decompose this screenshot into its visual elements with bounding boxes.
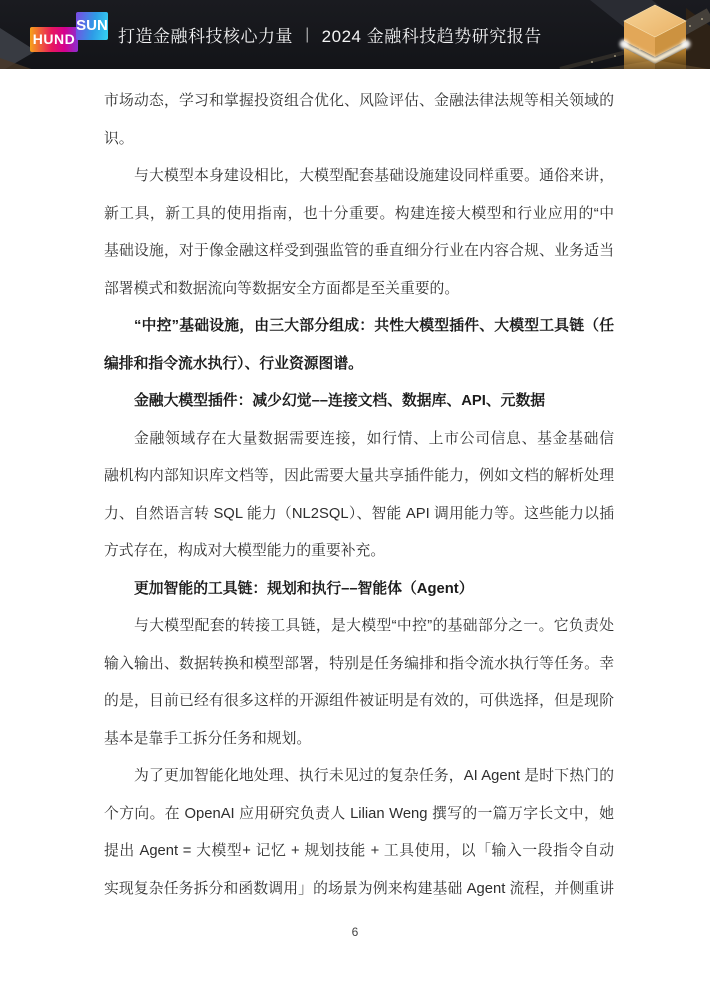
text-line: 部署模式和数据流向等数据安全方面都是至关重要的。 <box>104 271 614 309</box>
text-line: 与大模型本身建设相比，大模型配套基础设施建设同样重要。通俗来讲，有了 <box>104 158 614 196</box>
page-number: 6 <box>0 925 710 939</box>
hundsun-logo-hund-block: HUND <box>30 27 78 52</box>
header-title: 打造金融科技核心力量 | 2024 金融科技趋势研究报告 <box>118 0 542 69</box>
text-line: 力、自然语言转 SQL 能力（NL2SQL）、智能 API 调用能力等。这些能力… <box>104 496 614 534</box>
header-title-report-name: 2024 金融科技趋势研究报告 <box>322 22 542 47</box>
text-line: 基本是靠手工拆分任务和规划。 <box>104 721 614 759</box>
heading-line: 编排和指令流水执行）、行业资源图谱。 <box>104 346 614 384</box>
text-line: 个方向。在 OpenAI 应用研究负责人 Lilian Weng 撰写的一篇万字… <box>104 796 614 834</box>
text-line: 提出 Agent = 大模型+ 记忆 + 规划技能 + 工具使用，以「输入一段指… <box>104 833 614 871</box>
document-page: HUND SUN 打造金融科技核心力量 | 2024 金融科技趋势研究报告 市场… <box>0 0 710 1004</box>
text-line: 方式存在，构成对大模型能力的重要补充。 <box>104 533 614 571</box>
text-line: 基础设施，对于像金融这样受到强监管的垂直细分行业在内容合规、业务适当性、 <box>104 233 614 271</box>
text-line: 识。 <box>104 121 614 159</box>
report-header: HUND SUN 打造金融科技核心力量 | 2024 金融科技趋势研究报告 <box>0 0 710 69</box>
hundsun-logo-sun-block: SUN <box>76 12 108 40</box>
heading-line: “中控”基础设施，由三大部分组成：共性大模型插件、大模型工具链（任务 <box>104 308 614 346</box>
page-body: 市场动态，学习和掌握投资组合优化、风险评估、金融法律法规等相关领域的知识。与大模… <box>0 83 710 939</box>
text-line: 的是，目前已经有很多这样的开源组件被证明是有效的，可供选择，但是现阶段 <box>104 683 614 721</box>
text-line: 实现复杂任务拆分和函数调用」的场景为例来构建基础 Agent 流程，并侧重讲 <box>104 871 614 909</box>
text-line: 新工具，新工具的使用指南，也十分重要。构建连接大模型和行业应用的“中控” <box>104 196 614 234</box>
body-text: 市场动态，学习和掌握投资组合优化、风险评估、金融法律法规等相关领域的知识。与大模… <box>104 83 614 908</box>
text-line: 与大模型配套的转接工具链，是大模型“中控”的基础部分之一。它负责处理 <box>104 608 614 646</box>
heading-line: 金融大模型插件：减少幻觉––连接文档、数据库、API、元数据 <box>104 383 614 421</box>
heading-line: 更加智能的工具链：规划和执行––智能体（Agent） <box>104 571 614 609</box>
text-line: 金融领域存在大量数据需要连接，如行情、上市公司信息、基金基础信息、金 <box>104 421 614 459</box>
text-line: 输入输出、数据转换和模型部署，特别是任务编排和指令流水执行等任务。幸运 <box>104 646 614 684</box>
header-title-separator: | <box>306 26 309 44</box>
text-line: 市场动态，学习和掌握投资组合优化、风险评估、金融法律法规等相关领域的知 <box>104 83 614 121</box>
text-line: 融机构内部知识库文档等，因此需要大量共享插件能力，例如文档的解析处理能 <box>104 458 614 496</box>
text-line: 为了更加智能化地处理、执行未见过的复杂任务，AI Agent 是时下热门的一 <box>104 758 614 796</box>
header-title-slogan: 打造金融科技核心力量 <box>118 22 293 47</box>
